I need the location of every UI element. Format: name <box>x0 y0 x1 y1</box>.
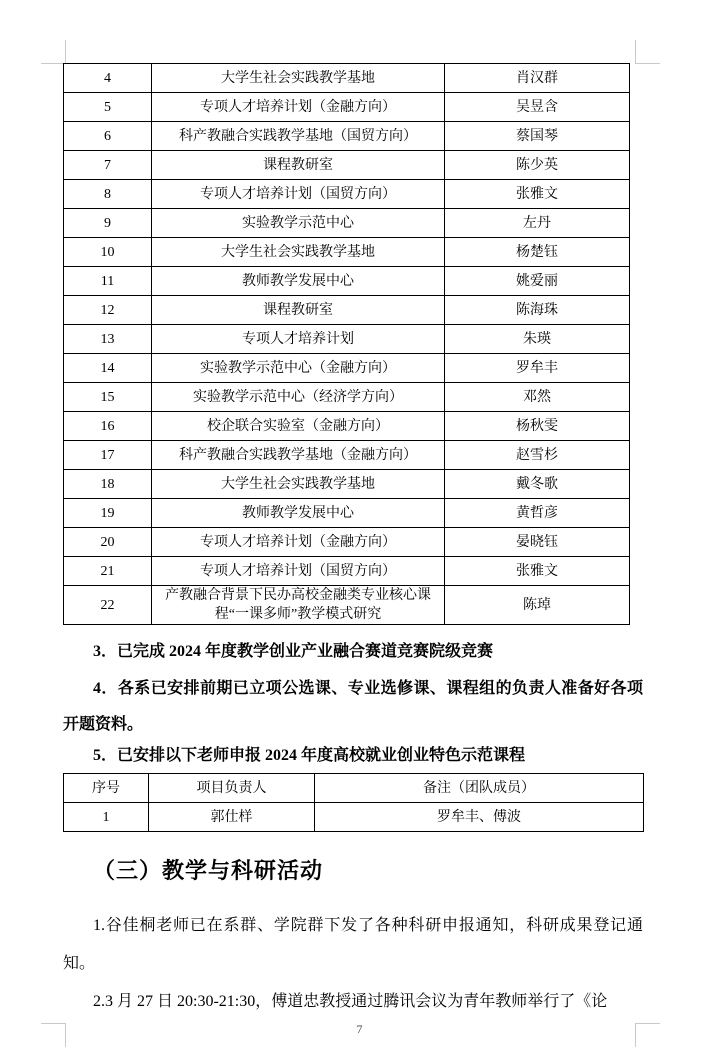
row-number: 10 <box>64 238 152 267</box>
person-name: 陈少英 <box>445 151 630 180</box>
project-name: 科产教融合实践教学基地（金融方向） <box>152 441 445 470</box>
page-number: 7 <box>0 1022 719 1037</box>
project-name: 科产教融合实践教学基地（国贸方向） <box>152 122 445 151</box>
project-name: 专项人才培养计划（金融方向） <box>152 93 445 122</box>
table-row: 22 产教融合背景下民办高校金融类专业核心课程“一课多师”教学模式研究 陈琸 <box>64 586 630 625</box>
table-row: 6 科产教融合实践教学基地（国贸方向） 蔡国琴 <box>64 122 630 151</box>
table-row: 15 实验教学示范中心（经济学方向） 邓然 <box>64 383 630 412</box>
person-name: 罗牟丰 <box>445 354 630 383</box>
row-number: 12 <box>64 296 152 325</box>
person-name: 杨秋雯 <box>445 412 630 441</box>
row-number: 17 <box>64 441 152 470</box>
project-name: 教师教学发展中心 <box>152 499 445 528</box>
table-row: 19 教师教学发展中心 黄哲彦 <box>64 499 630 528</box>
project-name: 大学生社会实践教学基地 <box>152 238 445 267</box>
text-boundary-mark-top-right <box>635 40 660 64</box>
project-name: 大学生社会实践教学基地 <box>152 470 445 499</box>
table-row: 16 校企联合实验室（金融方向） 杨秋雯 <box>64 412 630 441</box>
person-name: 杨楚钰 <box>445 238 630 267</box>
demo-course-table: 序号 项目负责人 备注（团队成员） 1 郭仕样 罗牟丰、傅波 <box>63 773 644 832</box>
numbered-item-5: 5．已安排以下老师申报 2024 年度高校就业创业特色示范课程 <box>63 743 643 769</box>
person-name: 赵雪杉 <box>445 441 630 470</box>
row-number: 20 <box>64 528 152 557</box>
row-number: 15 <box>64 383 152 412</box>
table-row: 4 大学生社会实践教学基地 肖汉群 <box>64 64 630 93</box>
table-row: 7 课程教研室 陈少英 <box>64 151 630 180</box>
project-name: 教师教学发展中心 <box>152 267 445 296</box>
cell-leader: 郭仕样 <box>149 803 315 832</box>
row-number: 7 <box>64 151 152 180</box>
project-name: 课程教研室 <box>152 151 445 180</box>
row-number: 5 <box>64 93 152 122</box>
person-name: 陈琸 <box>445 586 630 625</box>
project-table-body: 4 大学生社会实践教学基地 肖汉群 5 专项人才培养计划（金融方向） 吴昱含 6… <box>64 64 630 625</box>
person-name: 晏晓钰 <box>445 528 630 557</box>
person-name: 陈海珠 <box>445 296 630 325</box>
project-name: 实验教学示范中心（经济学方向） <box>152 383 445 412</box>
table-row: 20 专项人才培养计划（金融方向） 晏晓钰 <box>64 528 630 557</box>
project-name: 大学生社会实践教学基地 <box>152 64 445 93</box>
row-number: 18 <box>64 470 152 499</box>
row-number: 13 <box>64 325 152 354</box>
row-number: 14 <box>64 354 152 383</box>
project-name: 实验教学示范中心（金融方向） <box>152 354 445 383</box>
table-row: 14 实验教学示范中心（金融方向） 罗牟丰 <box>64 354 630 383</box>
person-name: 黄哲彦 <box>445 499 630 528</box>
numbered-item-4: 4．各系已安排前期已立项公选课、专业选修课、课程组的负责人准备好各项开题资料。 <box>63 671 643 743</box>
table-row: 9 实验教学示范中心 左丹 <box>64 209 630 238</box>
row-number: 6 <box>64 122 152 151</box>
table-row: 18 大学生社会实践教学基地 戴冬歌 <box>64 470 630 499</box>
table-header-row: 序号 项目负责人 备注（团队成员） <box>64 774 644 803</box>
project-name: 实验教学示范中心 <box>152 209 445 238</box>
numbered-item-3: 3．已完成 2024 年度教学创业产业融合赛道竞赛院级竞赛 <box>63 637 643 667</box>
project-name: 专项人才培养计划（国贸方向） <box>152 557 445 586</box>
cell-note: 罗牟丰、傅波 <box>315 803 644 832</box>
table-row: 1 郭仕样 罗牟丰、傅波 <box>64 803 644 832</box>
project-name: 校企联合实验室（金融方向） <box>152 412 445 441</box>
person-name: 姚爱丽 <box>445 267 630 296</box>
table-row: 12 课程教研室 陈海珠 <box>64 296 630 325</box>
person-name: 戴冬歌 <box>445 470 630 499</box>
header-leader: 项目负责人 <box>149 774 315 803</box>
row-number: 16 <box>64 412 152 441</box>
project-name: 课程教研室 <box>152 296 445 325</box>
row-number: 4 <box>64 64 152 93</box>
table-row: 5 专项人才培养计划（金融方向） 吴昱含 <box>64 93 630 122</box>
table-row: 10 大学生社会实践教学基地 杨楚钰 <box>64 238 630 267</box>
header-serial: 序号 <box>64 774 149 803</box>
row-number: 19 <box>64 499 152 528</box>
paragraph-1: 1.谷佳桐老师已在系群、学院群下发了各种科研申报通知，科研成果登记通知。 <box>63 907 643 983</box>
person-name: 肖汉群 <box>445 64 630 93</box>
table-row: 13 专项人才培养计划 朱瑛 <box>64 325 630 354</box>
person-name: 蔡国琴 <box>445 122 630 151</box>
project-name: 专项人才培养计划（金融方向） <box>152 528 445 557</box>
person-name: 朱瑛 <box>445 325 630 354</box>
person-name: 邓然 <box>445 383 630 412</box>
project-name: 专项人才培养计划（国贸方向） <box>152 180 445 209</box>
person-name: 张雅文 <box>445 180 630 209</box>
project-name: 产教融合背景下民办高校金融类专业核心课程“一课多师”教学模式研究 <box>152 586 445 625</box>
table-row: 17 科产教融合实践教学基地（金融方向） 赵雪杉 <box>64 441 630 470</box>
row-number: 11 <box>64 267 152 296</box>
text-boundary-mark-top-left <box>41 40 66 64</box>
table-row: 21 专项人才培养计划（国贸方向） 张雅文 <box>64 557 630 586</box>
section-heading: （三）教学与科研活动 <box>63 854 643 885</box>
row-number: 8 <box>64 180 152 209</box>
paragraph-2: 2.3 月 27 日 20:30-21:30，傅道忠教授通过腾讯会议为青年教师举… <box>63 983 643 1021</box>
row-number: 21 <box>64 557 152 586</box>
project-name: 专项人才培养计划 <box>152 325 445 354</box>
cell-serial: 1 <box>64 803 149 832</box>
page-content: 4 大学生社会实践教学基地 肖汉群 5 专项人才培养计划（金融方向） 吴昱含 6… <box>63 63 643 1021</box>
header-note: 备注（团队成员） <box>315 774 644 803</box>
person-name: 张雅文 <box>445 557 630 586</box>
project-leaders-table: 4 大学生社会实践教学基地 肖汉群 5 专项人才培养计划（金融方向） 吴昱含 6… <box>63 63 630 625</box>
person-name: 左丹 <box>445 209 630 238</box>
row-number: 22 <box>64 586 152 625</box>
table-row: 8 专项人才培养计划（国贸方向） 张雅文 <box>64 180 630 209</box>
person-name: 吴昱含 <box>445 93 630 122</box>
row-number: 9 <box>64 209 152 238</box>
table-row: 11 教师教学发展中心 姚爱丽 <box>64 267 630 296</box>
